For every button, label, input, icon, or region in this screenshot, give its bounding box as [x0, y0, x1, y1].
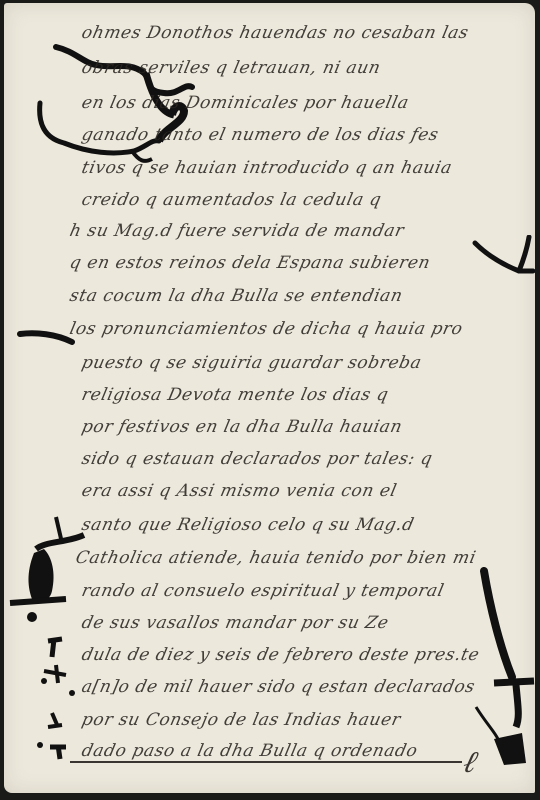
text-line-6: creido q aumentados la cedula q: [80, 190, 383, 210]
ink-stroke-right-top: [469, 235, 535, 295]
text-line-17: Catholica atiende, hauia tenido por bien…: [74, 548, 478, 568]
closing-rule-line: [70, 761, 462, 763]
text-line-18: rando al consuelo espiritual y temporal: [80, 581, 446, 601]
text-line-14: sido q estauan declarados por tales: q: [80, 449, 435, 469]
text-line-20: dula de diez y seis de febrero deste pre…: [80, 645, 482, 665]
text-line-22: por su Consejo de las Indias hauer: [80, 710, 403, 730]
text-line-12: religiosa Devota mente los dias q: [80, 385, 391, 405]
manuscript-page: ohmes Donothos hauendas no cesaban las o…: [4, 3, 535, 793]
text-line-11: puesto q se siguiria guardar sobreba: [80, 353, 424, 373]
text-line-23: dado paso a la dha Bulla q ordenado: [80, 741, 420, 761]
text-line-10: los pronunciamientos de dicha q hauia pr…: [68, 319, 465, 339]
text-line-21: a[n]o de mil hauer sido q estan declarad…: [80, 677, 477, 697]
text-line-5: tivos q se hauian introducido q an hauia: [80, 158, 454, 178]
text-line-13: por festivos en la dha Bulla hauian: [80, 417, 404, 437]
text-line-19: de sus vasallos mandar por su Ze: [80, 613, 391, 633]
text-line-3: en los dias Dominicales por hauella: [80, 93, 411, 113]
text-line-4: ganado tanto el numero de los dias fes: [80, 125, 441, 145]
text-line-7: h su Mag.d fuere servida de mandar: [68, 221, 406, 241]
text-line-8: q en estos reinos dela Espana subieren: [68, 253, 432, 273]
text-line-16: santo que Religioso celo q su Mag.d: [80, 515, 416, 535]
text-line-9: sta cocum la dha Bulla se entendian: [68, 286, 405, 306]
text-line-1: ohmes Donothos hauendas no cesaban las: [80, 23, 471, 43]
text-line-15: era assi q Assi mismo venia con el: [80, 481, 399, 501]
text-line-2: obras serviles q letrauan, ni aun: [80, 58, 383, 78]
